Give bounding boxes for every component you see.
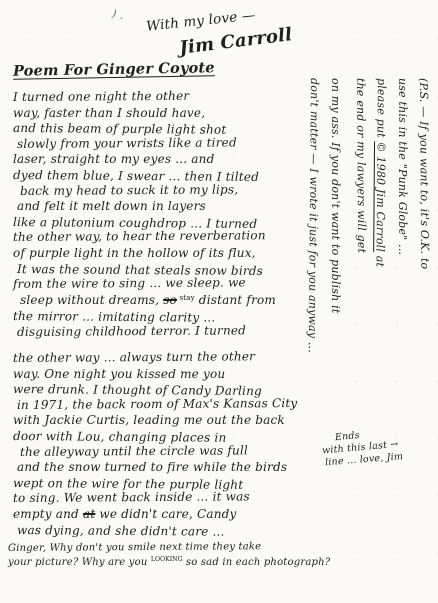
crossed-out-text: so xyxy=(163,293,177,307)
poem-line: way. One night you kissed me you xyxy=(13,367,323,383)
text-segment: back my head to suck it to my lips, xyxy=(20,182,238,198)
text-segment: was dying, and she didn't care ... xyxy=(17,523,225,539)
poem-line: laser, straight to my eyes ... and xyxy=(13,152,323,168)
poem-line: and felt it melt down in layers xyxy=(13,199,323,215)
text-segment: the other way ... always turn the other xyxy=(13,349,255,365)
text-segment: and the snow turned to fire while the bi… xyxy=(17,460,287,474)
crossed-out-text: at xyxy=(83,507,95,521)
ps-line: on my ass. If you don't want to publish … xyxy=(325,78,346,480)
text-segment: disguising childhood terror. I turned xyxy=(17,323,246,339)
text-segment: sleep without dreams, xyxy=(20,293,163,307)
text-segment: door with Lou, changing places in xyxy=(13,429,227,445)
poem-line: in 1971, the back room of Max's Kansas C… xyxy=(13,396,323,414)
text-segment: your picture? Why are you xyxy=(8,557,151,568)
text-segment: from the wire to sing ... we sleep. we xyxy=(13,275,246,291)
text-segment: dyed them blue, I swear ... then I tilte… xyxy=(13,168,259,184)
text-segment: of purple light in the hollow of its flu… xyxy=(13,246,256,260)
text-segment: to sing. We went back inside ... it was xyxy=(13,490,250,506)
text-segment: laser, straight to my eyes ... and xyxy=(13,152,214,166)
text-segment: empty and xyxy=(13,507,83,521)
poem-line: empty and at we didn't care, Candy xyxy=(13,507,323,523)
text-segment: use this in the "Punk Globe" ... xyxy=(396,78,409,255)
text-segment: so sad in each photograph? xyxy=(183,557,331,568)
scanned-letter-page: ) . With my love — Jim Carroll Poem For … xyxy=(0,0,438,603)
ps-line: the end or my lawyers will get xyxy=(346,78,374,480)
poem-stanza-1: I turned one night the otherway, faster … xyxy=(13,90,323,341)
poem-line: the alleyway until the circle was full xyxy=(13,442,323,460)
inserted-text: LOOKING xyxy=(151,556,183,563)
closing-line: Ginger, Why don't you smile next time th… xyxy=(8,540,338,556)
poem-line: disguising childhood terror. I turned xyxy=(13,323,323,341)
poem-line: was dying, and she didn't care ... xyxy=(13,523,323,541)
text-segment: the end or my lawyers will get xyxy=(354,78,368,253)
ps-margin-note: (P.S. — If you want to, it's O.K. touse … xyxy=(304,78,434,480)
text-segment: the alleyway until the circle was full xyxy=(20,443,248,459)
underlined-text: © 1980 Jim Carroll xyxy=(374,141,388,252)
text-segment: on my ass. If you don't want to publish … xyxy=(329,78,342,314)
text-segment: way, faster than I should have, xyxy=(13,106,205,120)
stray-marks: ) . xyxy=(111,7,125,22)
poem-line: the other way, to hear the reverberation xyxy=(13,228,323,246)
closing-couplet: Ginger, Why don't you smile next time th… xyxy=(8,542,338,570)
poem-title: Poem For Ginger Coyote xyxy=(13,59,215,80)
text-segment: please put xyxy=(375,78,388,142)
poem-line: sleep without dreams, so stay distant fr… xyxy=(13,293,323,310)
text-segment: (P.S. — If you want to, it's O.K. to xyxy=(417,78,431,269)
poem-line: slowly from your wrists like a tired xyxy=(13,135,323,153)
poem-line: way, faster than I should have, xyxy=(13,106,323,122)
ps-line: don't matter — I wrote it just for you a… xyxy=(301,78,325,480)
text-segment: Ginger, Why don't you smile next time th… xyxy=(8,541,261,554)
text-segment: don't matter — I wrote it just for you a… xyxy=(306,78,321,353)
text-segment: with Jackie Curtis, leading me out the b… xyxy=(13,413,285,427)
poem-stanza-2: the other way ... always turn the otherw… xyxy=(13,351,323,538)
poem-line: the other way ... always turn the other xyxy=(13,349,323,367)
ends-note: Endswith this last →line ... love, Jim xyxy=(321,427,404,470)
ps-line: use this in the "Punk Globe" ... xyxy=(392,78,413,480)
text-segment: distant from xyxy=(195,293,276,307)
text-segment: I turned one night the other xyxy=(13,89,189,104)
text-segment: at xyxy=(374,252,387,267)
poem-line: from the wire to sing ... we sleep. we xyxy=(13,275,323,293)
poem-line: with Jackie Curtis, leading me out the b… xyxy=(13,413,323,429)
closing-line: your picture? Why are you LOOKING so sad… xyxy=(8,556,338,571)
text-segment: Ends xyxy=(334,430,360,443)
text-segment: and this beam of purple light shot xyxy=(13,121,226,137)
poem-line: of purple light in the hollow of its flu… xyxy=(13,246,323,262)
text-segment: we didn't care, Candy xyxy=(95,507,236,521)
text-segment: and felt it melt down in layers xyxy=(17,199,206,213)
text-segment: slowly from your wrists like a tired xyxy=(17,135,237,151)
text-segment: the other way, to hear the reverberation xyxy=(13,229,266,245)
ps-line: (P.S. — If you want to, it's O.K. to xyxy=(413,78,437,480)
poem-line: back my head to suck it to my lips, xyxy=(13,181,323,199)
poem-line: I turned one night the other xyxy=(13,88,323,106)
text-segment: in 1971, the back room of Max's Kansas C… xyxy=(17,396,297,412)
poem-line: to sing. We went back inside ... it was xyxy=(13,489,323,507)
text-segment: way. One night you kissed me you xyxy=(13,367,225,381)
text-segment: the mirror ... imitating clarity ... xyxy=(13,309,216,325)
inserted-text: stay xyxy=(177,293,195,302)
poem-line: and the snow turned to fire while the bi… xyxy=(13,460,323,476)
